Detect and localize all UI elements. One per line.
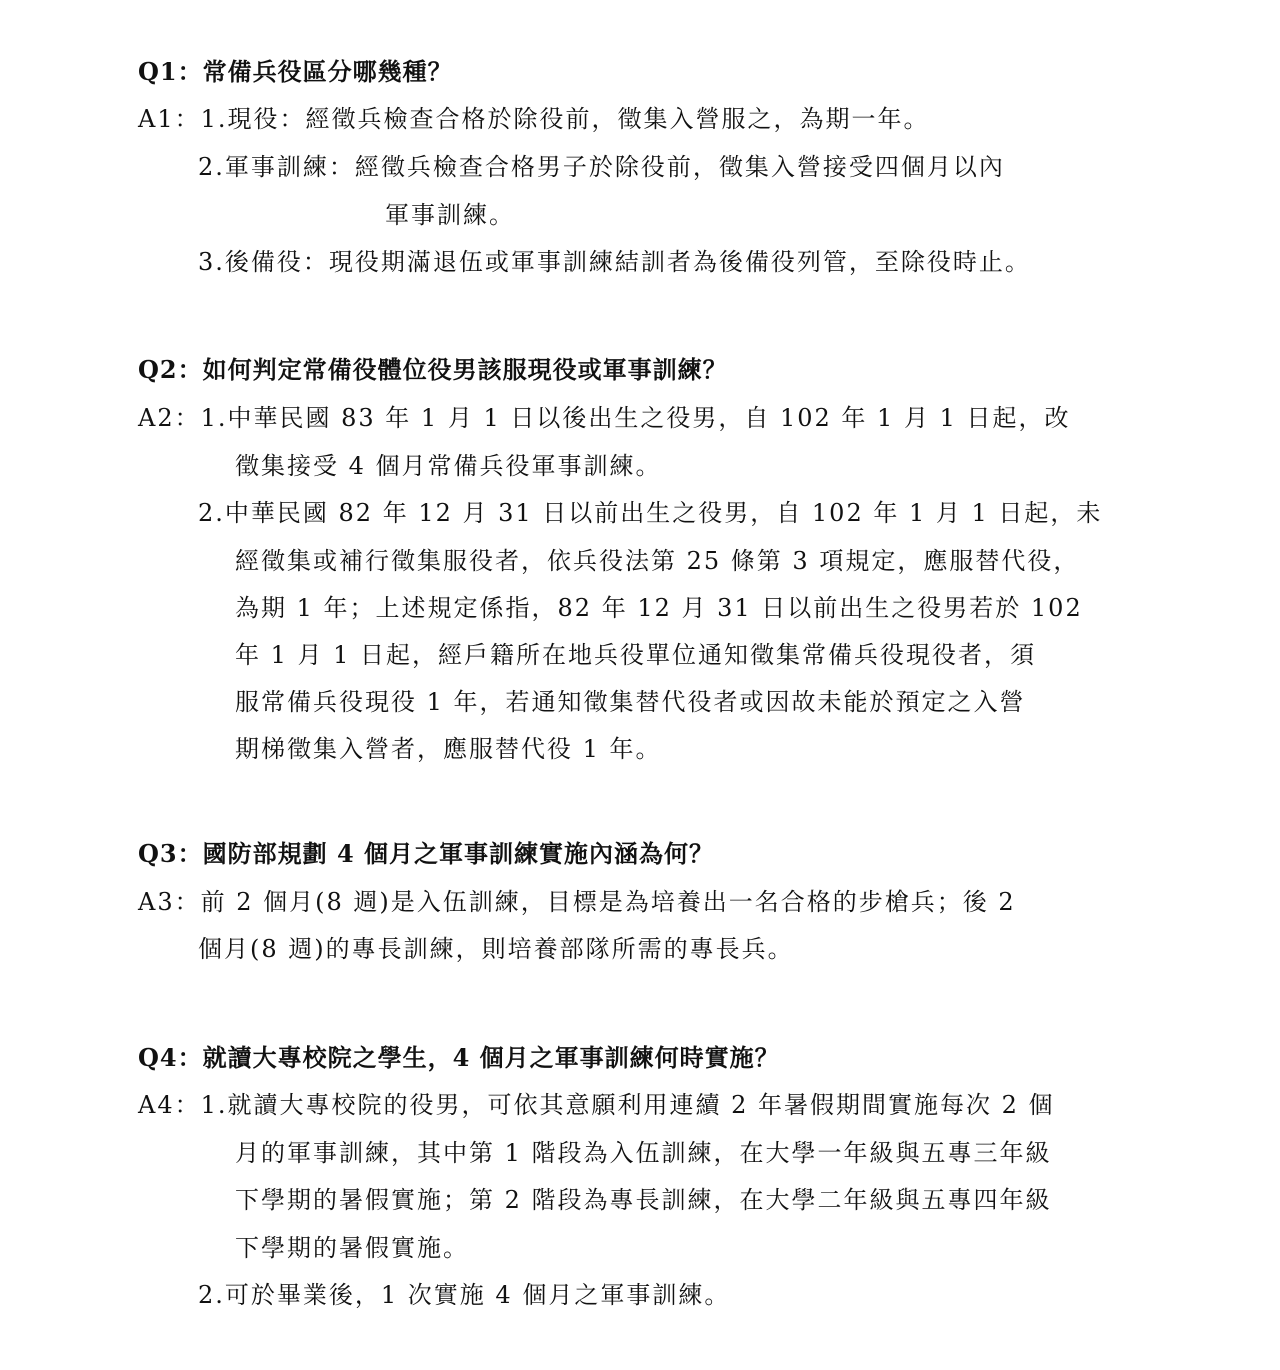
answer-2-line-2: 徵集接受 4 個月常備兵役軍事訓練。	[235, 446, 662, 481]
answer-4-line-2: 月的軍事訓練，其中第 1 階段為入伍訓練，在大學一年級與五專三年級	[235, 1133, 1052, 1168]
answer-2-line-4: 經徵集或補行徵集服役者，依兵役法第 25 條第 3 項規定，應服替代役，	[235, 541, 1079, 576]
question-2: Q2：如何判定常備役體位役男該服現役或軍事訓練？	[138, 350, 728, 385]
question-4: Q4：就讀大專校院之學生，4 個月之軍事訓練何時實施？	[138, 1038, 780, 1073]
answer-4-line-1: A4：1.就讀大專校院的役男，可依其意願利用連續 2 年暑假期間實施每次 2 個	[138, 1085, 1055, 1120]
answer-2-line-6: 年 1 月 1 日起，經戶籍所在地兵役單位通知徵集常備兵役現役者，須	[235, 635, 1036, 670]
answer-4-line-5: 2.可於畢業後，1 次實施 4 個月之軍事訓練。	[198, 1275, 730, 1310]
answer-1-line-2: 2.軍事訓練：經徵兵檢查合格男子於除役前，徵集入營接受四個月以內	[198, 147, 1005, 182]
answer-3-line-1: A3：前 2 個月(8 週)是入伍訓練，目標是為培養出一名合格的步槍兵；後 2	[138, 882, 1016, 917]
answer-1-line-3: 軍事訓練。	[385, 195, 515, 230]
question-1: Q1：常備兵役區分哪幾種？	[138, 52, 453, 87]
answer-2-line-7: 服常備兵役現役 1 年，若通知徵集替代役者或因故未能於預定之入營	[235, 682, 1026, 717]
answer-4-line-3: 下學期的暑假實施；第 2 階段為專長訓練，在大學二年級與五專四年級	[235, 1180, 1052, 1215]
answer-2-line-1: A2：1.中華民國 83 年 1 月 1 日以後出生之役男，自 102 年 1 …	[138, 398, 1070, 433]
question-3: Q3：國防部規劃 4 個月之軍事訓練實施內涵為何？	[138, 834, 714, 869]
answer-2-line-8: 期梯徵集入營者，應服替代役 1 年。	[235, 729, 662, 764]
answer-1-line-4: 3.後備役：現役期滿退伍或軍事訓練結訓者為後備役列管，至除役時止。	[198, 242, 1031, 277]
answer-1-line-1: A1：1.現役：經徵兵檢查合格於除役前，徵集入營服之，為期一年。	[138, 99, 930, 134]
answer-2-line-5: 為期 1 年；上述規定係指，82 年 12 月 31 日以前出生之役男若於 10…	[235, 588, 1083, 623]
answer-3-line-2: 個月(8 週)的專長訓練，則培養部隊所需的專長兵。	[198, 929, 794, 964]
answer-4-line-4: 下學期的暑假實施。	[235, 1228, 469, 1263]
answer-2-line-3: 2.中華民國 82 年 12 月 31 日以前出生之役男，自 102 年 1 月…	[198, 493, 1102, 528]
faq-document: Q1：常備兵役區分哪幾種？ A1：1.現役：經徵兵檢查合格於除役前，徵集入營服之…	[0, 0, 1280, 1370]
